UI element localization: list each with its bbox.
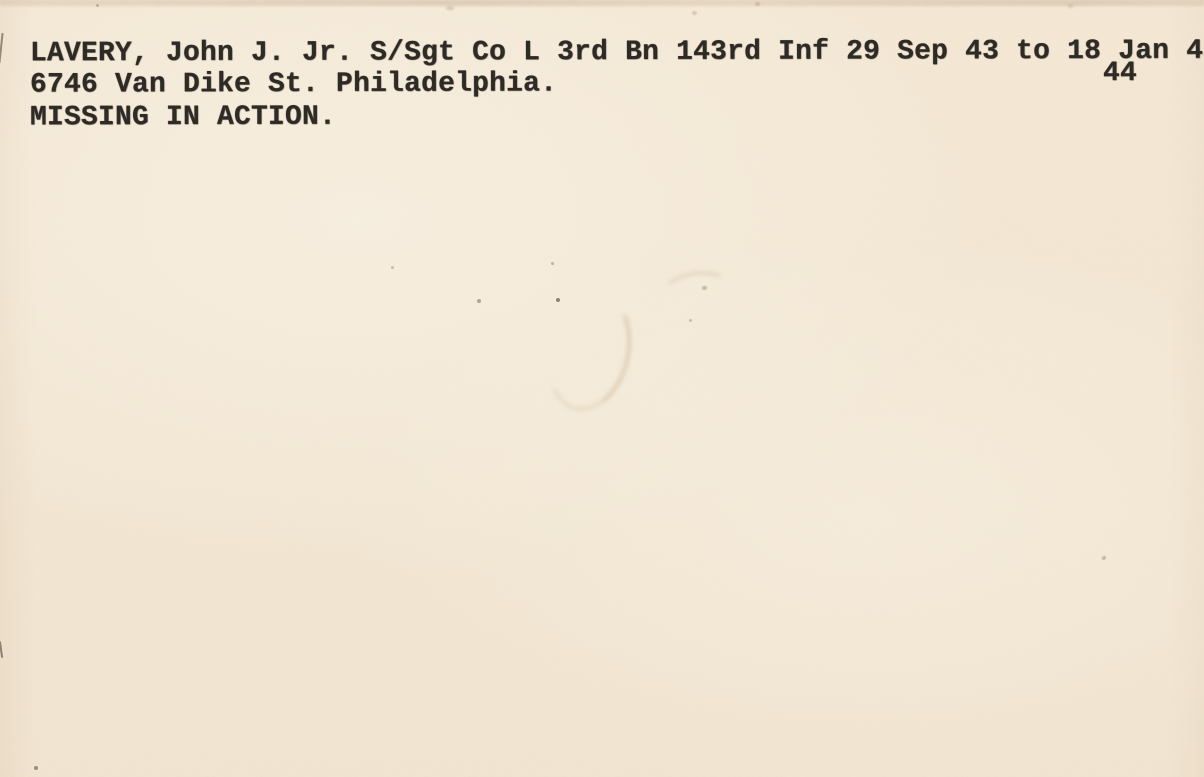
paper-speck xyxy=(446,6,454,10)
paper-speck xyxy=(755,2,760,6)
paper-speck xyxy=(1101,555,1106,560)
paper-speck xyxy=(689,319,692,322)
paper-speck xyxy=(556,298,560,302)
paper-speck xyxy=(702,286,707,290)
status-line: MISSING IN ACTION. xyxy=(30,104,336,133)
paper-speck xyxy=(34,766,38,770)
paper-speck xyxy=(551,262,554,265)
address-line: 6746 Van Dike St. Philadelphia. xyxy=(30,70,557,99)
paper-speck xyxy=(692,11,697,15)
index-card-scan: LAVERY, John J. Jr. S/Sgt Co L 3rd Bn 14… xyxy=(0,0,1204,777)
paper-speck xyxy=(391,266,394,269)
paper-smudge-arc xyxy=(535,284,644,420)
paper-speck xyxy=(1068,4,1073,8)
paper-speck xyxy=(477,299,481,303)
paper-speck xyxy=(96,4,99,7)
scan-top-edge-shading xyxy=(0,0,1204,6)
scan-edge-mark-bottom-left xyxy=(0,641,3,658)
scan-edge-mark-top-left xyxy=(0,33,4,63)
service-record-line: LAVERY, John J. Jr. S/Sgt Co L 3rd Bn 14… xyxy=(30,38,1203,68)
paper-smudge-arc-small xyxy=(660,267,732,312)
year-continuation: 44 xyxy=(1103,60,1137,88)
